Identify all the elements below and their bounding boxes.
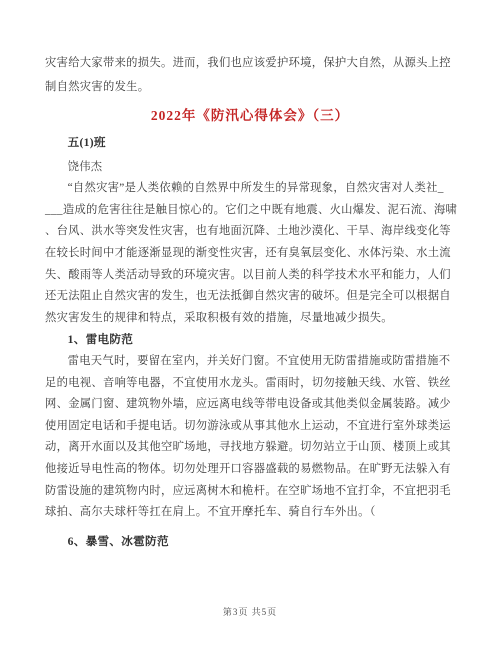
document-page: 灾害给大家带来的损失。进而，我们也应该爱护环境，保护大自然，从源头上控 制自然灾… bbox=[0, 0, 500, 647]
class-label: 五(1)班 bbox=[45, 132, 455, 154]
section-heading-lightning: 1、雷电防范 bbox=[45, 329, 455, 351]
paragraph-natural-disaster-overview: “自然灾害”是人类依赖的自然界中所发生的异常现象，自然灾害对人类社_ ___造成… bbox=[45, 178, 455, 329]
author-name: 饶伟杰 bbox=[45, 157, 455, 179]
page-number-indicator: 第3页 共5页 bbox=[0, 606, 500, 618]
section-heading-snow-hail: 6、暴雪、冰雹防范 bbox=[45, 531, 455, 553]
paragraph-lightning-precautions: 雷电天气时，要留在室内，并关好门窗。不宜使用无防雷措施或防雷措施不 足的电视、音… bbox=[45, 351, 455, 524]
paragraph-intro-continuation: 灾害给大家带来的损失。进而，我们也应该爱护环境，保护大自然，从源头上控 制自然灾… bbox=[45, 51, 455, 99]
document-title: 2022年《防汛心得体会》（三） bbox=[45, 105, 455, 127]
